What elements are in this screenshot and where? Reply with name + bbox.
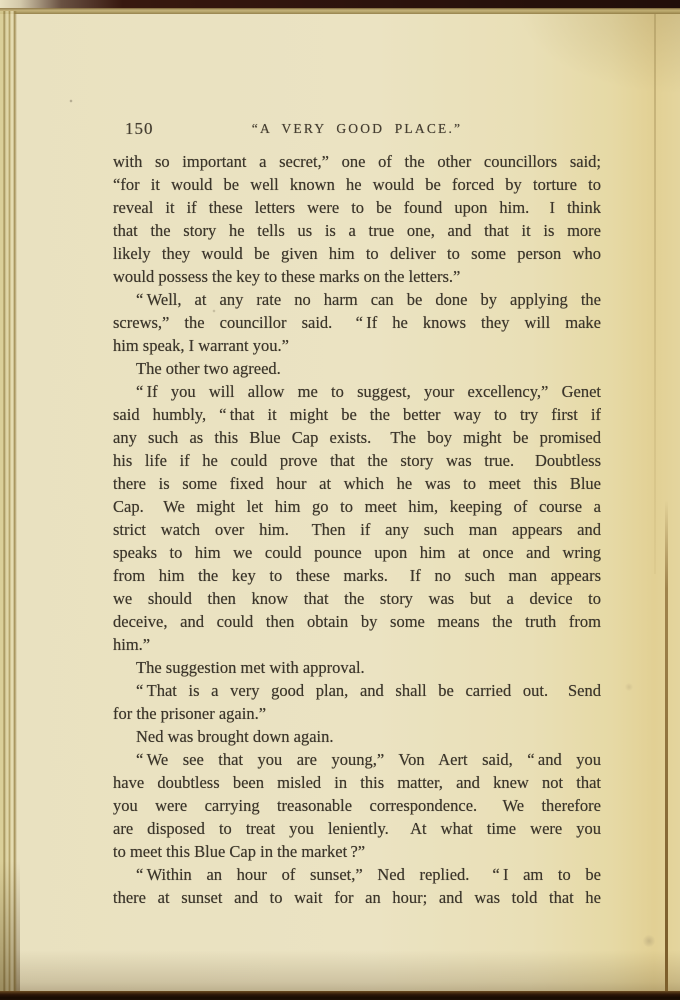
text-line: there is some fixed hour at which he was…	[113, 472, 601, 495]
text-line: there at sunset and to wait for an hour;…	[113, 886, 601, 909]
page-stack-shadow-bottom-left	[0, 861, 20, 991]
text-line: speaks to him we could pounce upon him a…	[113, 541, 601, 564]
text-line: his life if he could prove that the stor…	[113, 449, 601, 472]
scanned-book-page: 150 “A VERY GOOD PLACE.” with so importa…	[0, 0, 680, 1000]
text-line: have doubtless been misled in this matte…	[113, 771, 601, 794]
text-line: from him the key to these marks. If no s…	[113, 564, 601, 587]
text-line: The other two agreed.	[113, 357, 601, 380]
text-line: “ Well, at any rate no harm can be done …	[113, 288, 601, 311]
text-line: any such as this Blue Cap exists. The bo…	[113, 426, 601, 449]
paragraph: “ That is a very good plan, and shall be…	[113, 679, 601, 725]
text-line: to meet this Blue Cap in the market ?”	[113, 840, 601, 863]
text-line: said humbly, “ that it might be the bett…	[113, 403, 601, 426]
text-line: reveal it if these letters were to be fo…	[113, 196, 601, 219]
text-line: for the prisoner again.”	[113, 702, 601, 725]
page-edge-line-top	[0, 8, 680, 14]
paragraph: with so important a secret,” one of the …	[113, 150, 601, 288]
text-line: likely they would be given him to delive…	[113, 242, 601, 265]
text-line: “ If you will allow me to suggest, your …	[113, 380, 601, 403]
text-line: are disposed to treat you leniently. At …	[113, 817, 601, 840]
text-line: screws,” the councillor said. “ If he kn…	[113, 311, 601, 334]
text-line: him.”	[113, 633, 601, 656]
paragraph: “ Well, at any rate no harm can be done …	[113, 288, 601, 357]
text-line: Ned was brought down again.	[113, 725, 601, 748]
text-line: “ We see that you are young,” Von Aert s…	[113, 748, 601, 771]
text-line: would possess the key to these marks on …	[113, 265, 601, 288]
paragraph: “ We see that you are young,” Von Aert s…	[113, 748, 601, 863]
text-line: Cap. We might let him go to meet him, ke…	[113, 495, 601, 518]
text-line: “for it would be well known he would be …	[113, 173, 601, 196]
running-header: “A VERY GOOD PLACE.”	[113, 121, 601, 137]
text-line: strict watch over him. Then if any such …	[113, 518, 601, 541]
page-stack-edges-left	[0, 11, 18, 991]
paragraph: The other two agreed.	[113, 357, 601, 380]
page-crease-right	[654, 14, 656, 574]
text-line: we should then know that the story was b…	[113, 587, 601, 610]
text-line: that the story he tells us is a true one…	[113, 219, 601, 242]
text-line: deceive, and could then obtain by some m…	[113, 610, 601, 633]
paragraph: “ If you will allow me to suggest, your …	[113, 380, 601, 656]
paragraph: Ned was brought down again.	[113, 725, 601, 748]
text-line: “ That is a very good plan, and shall be…	[113, 679, 601, 702]
body-text: with so important a secret,” one of the …	[113, 150, 601, 909]
paragraph: The suggestion met with approval.	[113, 656, 601, 679]
book-cover-edge-bottom	[0, 991, 680, 1000]
text-line: him speak, I warrant you.”	[113, 334, 601, 357]
text-line: “ Within an hour of sunset,” Ned replied…	[113, 863, 601, 886]
page-edge-line-right	[665, 500, 668, 991]
text-line: with so important a secret,” one of the …	[113, 150, 601, 173]
text-line: The suggestion met with approval.	[113, 656, 601, 679]
text-line: you were carrying treasonable correspond…	[113, 794, 601, 817]
paragraph: “ Within an hour of sunset,” Ned replied…	[113, 863, 601, 909]
